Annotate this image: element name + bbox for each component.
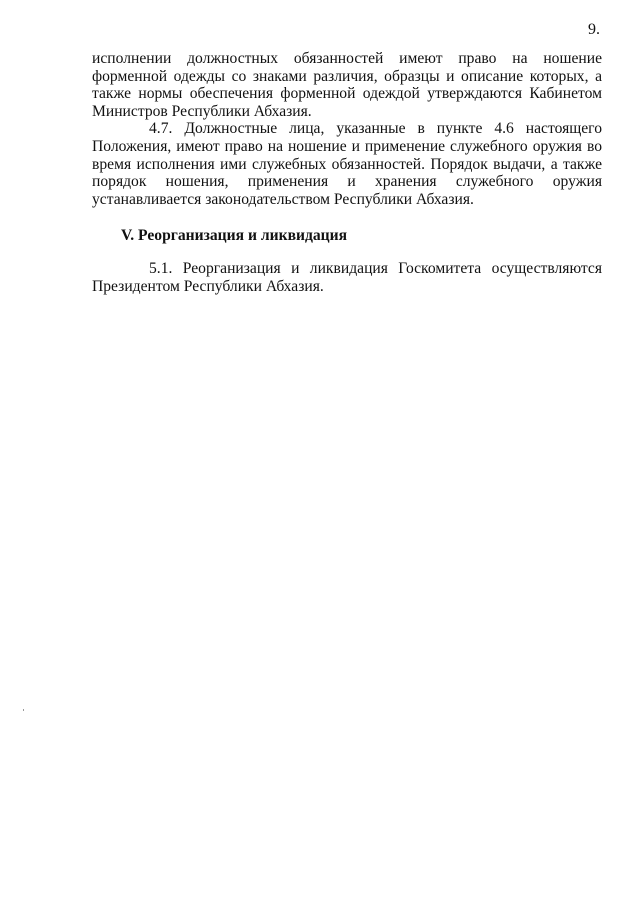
document-body: исполнении должностных обязанностей имею… xyxy=(92,50,602,295)
scan-speck xyxy=(23,709,24,711)
paragraph-continuation: исполнении должностных обязанностей имею… xyxy=(92,50,602,120)
page-number: 9. xyxy=(588,20,600,40)
section-heading-v: V. Реорганизация и ликвидация xyxy=(92,227,602,245)
paragraph-4-7: 4.7. Должностные лица, указанные в пункт… xyxy=(92,120,602,208)
paragraph-5-1: 5.1. Реорганизация и ликвидация Госкомит… xyxy=(92,260,602,295)
